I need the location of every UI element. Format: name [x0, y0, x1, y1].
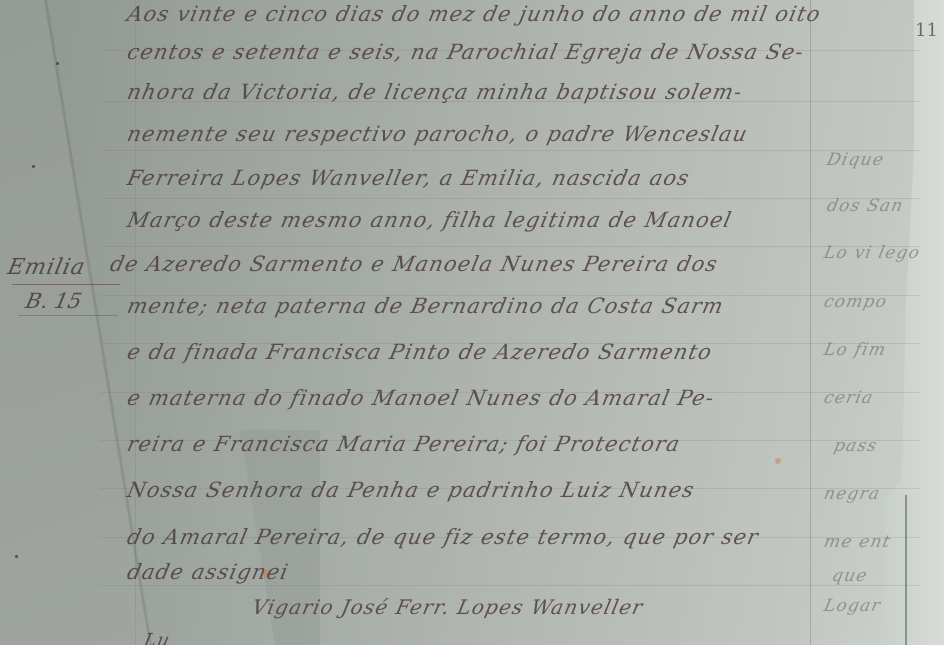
ink-speck — [32, 165, 35, 168]
ink-speck — [56, 62, 59, 65]
record-line: e materna do finado Manoel Nunes do Amar… — [125, 386, 717, 410]
annotation-underline — [12, 284, 120, 285]
right-margin-rule — [810, 0, 811, 645]
record-line: Ferreira Lopes Wanveller, a Emilia, nasc… — [125, 166, 692, 190]
ruled-line — [100, 246, 920, 247]
margin-annotation: Emilia B. 15 — [8, 255, 118, 316]
corner-mark: 11 — [915, 20, 938, 41]
torn-right-edge — [884, 0, 944, 645]
record-line: Nossa Senhora da Penha e padrinho Luiz N… — [125, 478, 697, 502]
record-line: e da finada Francisca Pinto de Azeredo S… — [125, 340, 715, 364]
record-line: do Amaral Pereira, de que fiz este termo… — [125, 525, 761, 549]
ruled-line — [100, 150, 920, 151]
priest-signature: Vigario José Ferr. Lopes Wanveller — [250, 595, 646, 619]
right-margin-text: pass — [832, 436, 880, 456]
page-edge-line — [905, 495, 907, 645]
record-line: centos e setenta e seis, na Parochial Eg… — [125, 40, 806, 64]
record-line: dade assignei — [125, 560, 291, 584]
right-margin-text: que — [830, 566, 870, 586]
document-photo: 11 Emilia B. 15 Aos vinte e cinco dias d… — [0, 0, 944, 645]
annotation-name: Emilia — [5, 255, 120, 280]
right-margin-text: negra — [822, 484, 882, 504]
next-entry-partial: Lu — [142, 630, 172, 645]
ruled-line — [100, 198, 920, 199]
record-line: nhora da Victoria, de licença minha bapt… — [125, 80, 745, 104]
right-margin-text: compo — [822, 292, 889, 312]
right-margin-text: Dique — [825, 150, 886, 170]
annotation-underline — [18, 315, 118, 316]
record-line: mente; neta paterna de Bernardino da Cos… — [125, 294, 726, 318]
record-line: Aos vinte e cinco dias do mez de junho d… — [125, 2, 823, 26]
rust-stain — [775, 458, 781, 464]
record-line: Março deste mesmo anno, filha legitima d… — [125, 208, 734, 232]
right-margin-text: ceria — [822, 388, 876, 408]
ink-speck — [15, 555, 18, 558]
ruled-line — [100, 585, 920, 586]
right-margin-text: dos San — [825, 196, 906, 216]
right-margin-text: me ent — [822, 532, 893, 552]
right-margin-text: Lo fim — [822, 340, 888, 360]
annotation-reference: B. 15 — [5, 289, 120, 313]
record-line: nemente seu respectivo parocho, o padre … — [125, 122, 750, 146]
right-margin-text: Logar — [822, 596, 883, 616]
record-line: de Azeredo Sarmento e Manoela Nunes Pere… — [108, 252, 720, 276]
record-line: reira e Francisca Maria Pereira; foi Pro… — [125, 432, 683, 456]
right-margin-text: Lo vi lego — [822, 243, 922, 263]
